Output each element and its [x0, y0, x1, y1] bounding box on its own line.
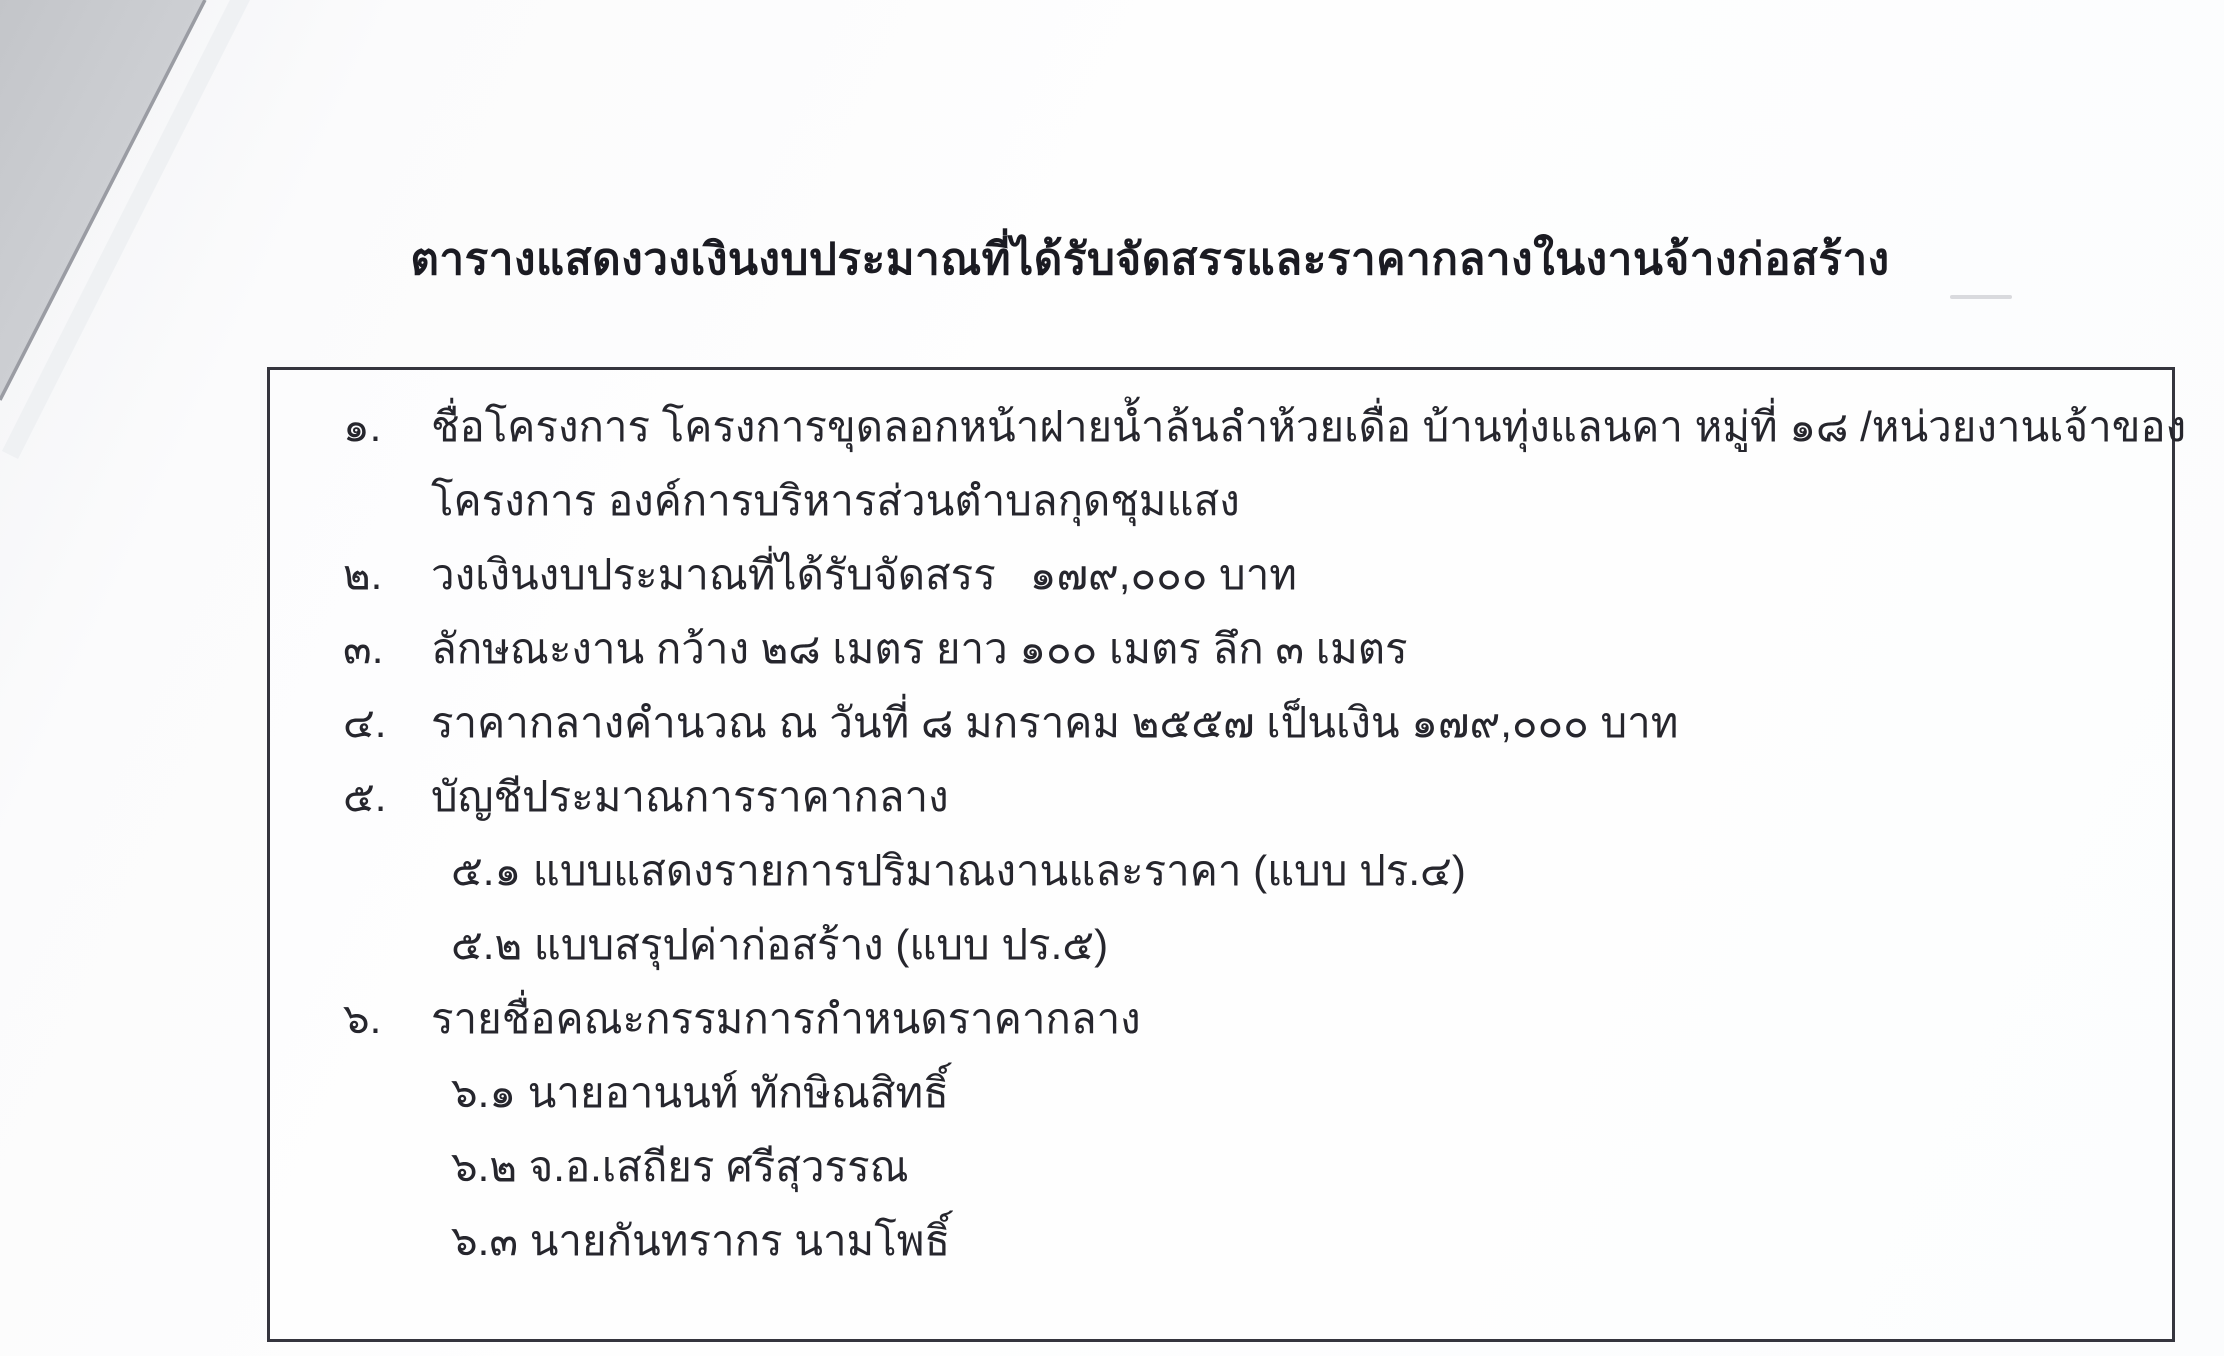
list-item-6-1: ๖.๑ นายอานนท์ ทักษิณสิทธิ์: [270, 1056, 2172, 1130]
list-item-4: ๔.ราคากลางคำนวณ ณ วันที่ ๘ มกราคม ๒๕๕๗ เ…: [270, 686, 2172, 760]
scan-noise-dash: [1950, 295, 2012, 299]
item-number: ๑.: [343, 390, 431, 464]
list-item-5-1: ๕.๑ แบบแสดงรายการปริมาณงานและราคา (แบบ ป…: [270, 834, 2172, 908]
list-item-2: ๒.วงเงินงบประมาณที่ได้รับจัดสรร๑๗๙,๐๐๐ บ…: [270, 538, 2172, 612]
item-text: ๖.๒ จ.อ.เสถียร ศรีสุวรรณ: [451, 1143, 909, 1190]
budget-amount: ๑๗๙,๐๐๐ บาท: [1030, 551, 1297, 598]
item-number: ๔.: [343, 686, 431, 760]
list-item-5: ๕.บัญชีประมาณการราคากลาง: [270, 760, 2172, 834]
list-item-6-2: ๖.๒ จ.อ.เสถียร ศรีสุวรรณ: [270, 1130, 2172, 1204]
item-text: ๕.๑ แบบแสดงรายการปริมาณงานและราคา (แบบ ป…: [451, 847, 1466, 894]
item-text: บัญชีประมาณการราคากลาง: [431, 773, 949, 820]
budget-info-box: ๑.ชื่อโครงการ โครงการขุดลอกหน้าฝายน้ำล้น…: [267, 367, 2175, 1342]
item-number: ๕.: [343, 760, 431, 834]
item-text: ราคากลางคำนวณ ณ วันที่ ๘ มกราคม ๒๕๕๗ เป็…: [431, 699, 1678, 746]
item-text: วงเงินงบประมาณที่ได้รับจัดสรร: [431, 551, 996, 598]
list-item-1-continuation: โครงการ องค์การบริหารส่วนตำบลกุดชุมแสง: [270, 464, 2172, 538]
item-text: ๖.๓ นายกันทรากร นามโพธิ์: [451, 1217, 950, 1264]
list-item-6: ๖.รายชื่อคณะกรรมการกำหนดราคากลาง: [270, 982, 2172, 1056]
item-number: ๓.: [343, 612, 431, 686]
item-text: ลักษณะงาน กว้าง ๒๘ เมตร ยาว ๑๐๐ เมตร ลึก…: [431, 625, 1408, 672]
list-item-6-3: ๖.๓ นายกันทรากร นามโพธิ์: [270, 1204, 2172, 1278]
item-text: รายชื่อคณะกรรมการกำหนดราคากลาง: [431, 995, 1141, 1042]
list-item-3: ๓.ลักษณะงาน กว้าง ๒๘ เมตร ยาว ๑๐๐ เมตร ล…: [270, 612, 2172, 686]
item-text: ๕.๒ แบบสรุปค่าก่อสร้าง (แบบ ปร.๕): [451, 921, 1108, 968]
item-text: ๖.๑ นายอานนท์ ทักษิณสิทธิ์: [451, 1069, 949, 1116]
item-number: ๖.: [343, 982, 431, 1056]
list-item-5-2: ๕.๒ แบบสรุปค่าก่อสร้าง (แบบ ปร.๕): [270, 908, 2172, 982]
item-text: ชื่อโครงการ โครงการขุดลอกหน้าฝายน้ำล้นลำ…: [431, 403, 2186, 450]
item-number: ๒.: [343, 538, 431, 612]
list-item-1: ๑.ชื่อโครงการ โครงการขุดลอกหน้าฝายน้ำล้น…: [270, 390, 2172, 464]
document-title: ตารางแสดงวงเงินงบประมาณที่ได้รับจัดสรรแล…: [200, 224, 2100, 294]
item-text: โครงการ องค์การบริหารส่วนตำบลกุดชุมแสง: [431, 477, 1240, 524]
